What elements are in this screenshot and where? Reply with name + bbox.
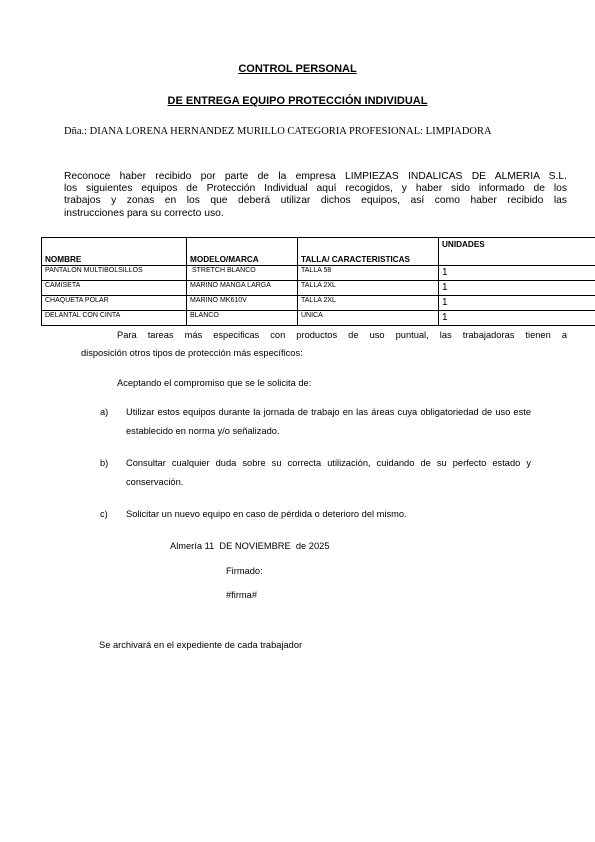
cell-modelo: MARINO MANGA LARGA (187, 281, 298, 296)
commitment-text-b: Consultar cualquier duda sobre su correc… (126, 454, 531, 492)
commitment-text-a: Utilizar estos equipos durante la jornad… (126, 403, 531, 441)
header-talla: TALLA/ CARACTERISTICAS (298, 238, 439, 266)
document-title: CONTROL PERSONAL (0, 63, 595, 75)
header-modelo-marca: MODELO/MARCA (187, 238, 298, 266)
cell-nombre: DELANTAL CON CINTA (42, 311, 187, 326)
table-row: CHAQUETA POLAR MARINO MK610V TALLA 2XL 1 (42, 296, 595, 311)
cell-talla: TALLA 2XL (298, 296, 439, 311)
cell-modelo: STRETCH BLANCO (187, 266, 298, 281)
archive-note: Se archivará en el expediente de cada tr… (99, 639, 302, 651)
cell-talla: TALLA 2XL (298, 281, 439, 296)
intro-line: los siguientes equipos de Protección Ind… (64, 183, 567, 195)
date-line: Almería 11 DE NOVIEMBRE de 2025 (170, 540, 330, 552)
cell-unidades: 1 (439, 311, 595, 326)
cell-talla: TALLA 58 (298, 266, 439, 281)
intro-line: instrucciones para su correcto uso. (64, 208, 567, 220)
cell-nombre: PANTALON MULTIBOLSILLOS (42, 266, 187, 281)
table-header-row: NOMBRE MODELO/MARCA TALLA/ CARACTERISTIC… (42, 238, 595, 266)
intro-line: trabajos y zonas en los que deberá utili… (64, 195, 567, 207)
cell-talla: UNICA (298, 311, 439, 326)
cell-unidades: 1 (439, 266, 595, 281)
cell-unidades: 1 (439, 281, 595, 296)
signed-label: Firmado: (226, 565, 263, 577)
cell-modelo: BLANCO (187, 311, 298, 326)
recipient-line: Dña.: DIANA LORENA HERNANDEZ MURILLO CAT… (64, 126, 492, 137)
commitment-label-b: b) (100, 458, 108, 468)
commitment-label-a: a) (100, 407, 108, 417)
cell-nombre: CHAQUETA POLAR (42, 296, 187, 311)
commitment-intro: Aceptando el compromiso que se le solici… (117, 377, 311, 389)
cell-unidades: 1 (439, 296, 595, 311)
table-row: PANTALON MULTIBOLSILLOS STRETCH BLANCO T… (42, 266, 595, 281)
signature-placeholder: #firma# (226, 589, 257, 601)
header-nombre: NOMBRE (42, 238, 187, 266)
header-unidades: UNIDADES (439, 238, 595, 266)
intro-line: Reconoce haber recibido por parte de la … (64, 171, 567, 183)
cell-nombre: CAMISETA (42, 281, 187, 296)
extra-protection-line-2: disposición otros tipos de protección má… (81, 347, 303, 359)
intro-paragraph: Reconoce haber recibido por parte de la … (64, 171, 567, 220)
ppe-table: NOMBRE MODELO/MARCA TALLA/ CARACTERISTIC… (41, 237, 595, 326)
table-row: CAMISETA MARINO MANGA LARGA TALLA 2XL 1 (42, 281, 595, 296)
commitment-label-c: c) (100, 509, 108, 519)
commitment-text-c: Solicitar un nuevo equipo en caso de pér… (126, 505, 531, 524)
cell-modelo: MARINO MK610V (187, 296, 298, 311)
table-row: DELANTAL CON CINTA BLANCO UNICA 1 (42, 311, 595, 326)
extra-protection-line-1: Para tareas más especificas con producto… (117, 329, 567, 341)
document-subtitle: DE ENTREGA EQUIPO PROTECCIÓN INDIVIDUAL (0, 95, 595, 107)
